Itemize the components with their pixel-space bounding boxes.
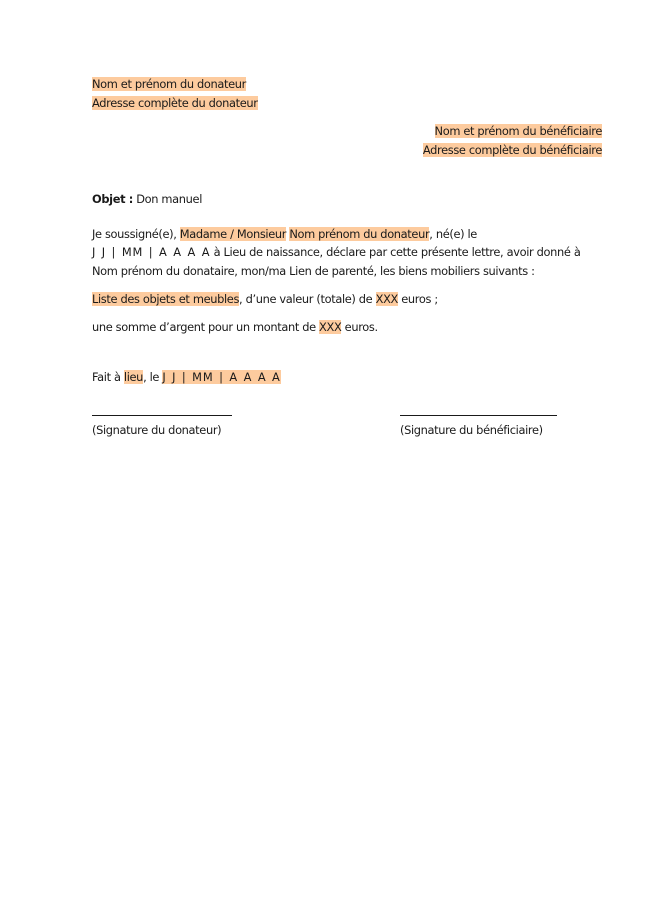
declaration-line-1: Je soussigné(e), Madame / Monsieur Nom p…	[92, 226, 477, 243]
items-value-field[interactable]: XXX	[376, 292, 398, 306]
declaration-prefix: Je soussigné(e),	[92, 227, 180, 241]
declaration-line-3-text: Nom prénom du donataire, mon/ma Lien de …	[92, 264, 535, 278]
closing-place-field[interactable]: lieu	[124, 370, 143, 384]
declaration-line-2-text: à Lieu de naissance, déclare par cette p…	[210, 245, 580, 259]
closing-prefix: Fait à	[92, 370, 124, 384]
donor-signature-rule	[92, 404, 232, 421]
born-text: , né(e) le	[429, 227, 477, 241]
beneficiary-address-line: Adresse complète du bénéficiaire	[423, 142, 602, 159]
donor-address-field[interactable]: Adresse complète du donateur	[92, 96, 258, 110]
money-suffix-text: euros.	[341, 320, 377, 334]
beneficiary-signature-label: (Signature du bénéficiaire)	[400, 422, 543, 439]
donor-name-line: Nom et prénom du donateur	[92, 76, 246, 93]
subject-value: Don manuel	[133, 192, 202, 206]
items-line: Liste des objets et meubles, d’une valeu…	[92, 291, 438, 308]
document-page: Nom et prénom du donateur Adresse complè…	[0, 0, 648, 916]
closing-date-field[interactable]: J J | MM | A A A A	[162, 370, 280, 384]
declaration-line-3: Nom prénom du donataire, mon/ma Lien de …	[92, 263, 535, 280]
declaration-donor-name-field[interactable]: Nom prénom du donateur	[289, 227, 429, 241]
money-prefix-text: une somme d’argent pour un montant de	[92, 320, 319, 334]
subject-line: Objet : Don manuel	[92, 191, 202, 208]
items-list-field[interactable]: Liste des objets et meubles	[92, 292, 239, 306]
donor-signature-label: (Signature du donateur)	[92, 422, 221, 439]
declaration-line-2: J J | MM | A A A A à Lieu de naissance, …	[92, 244, 580, 261]
beneficiary-signature-rule	[400, 404, 557, 421]
beneficiary-name-field[interactable]: Nom et prénom du bénéficiaire	[435, 124, 602, 138]
beneficiary-signature-line[interactable]	[400, 404, 557, 416]
donor-address-line: Adresse complète du donateur	[92, 95, 258, 112]
money-line: une somme d’argent pour un montant de XX…	[92, 319, 378, 336]
beneficiary-name-line: Nom et prénom du bénéficiaire	[435, 123, 602, 140]
items-middle-text: , d’une valeur (totale) de	[239, 292, 376, 306]
donor-name-field[interactable]: Nom et prénom du donateur	[92, 77, 246, 91]
items-suffix-text: euros ;	[398, 292, 438, 306]
birth-date-field[interactable]: J J | MM | A A A A	[92, 245, 210, 259]
money-amount-field[interactable]: XXX	[319, 320, 341, 334]
subject-label: Objet :	[92, 192, 133, 206]
closing-line: Fait à lieu, le J J | MM | A A A A	[92, 369, 281, 386]
closing-middle: , le	[143, 370, 162, 384]
civility-field[interactable]: Madame / Monsieur	[180, 227, 286, 241]
donor-signature-line[interactable]	[92, 404, 232, 416]
beneficiary-address-field[interactable]: Adresse complète du bénéficiaire	[423, 143, 602, 157]
